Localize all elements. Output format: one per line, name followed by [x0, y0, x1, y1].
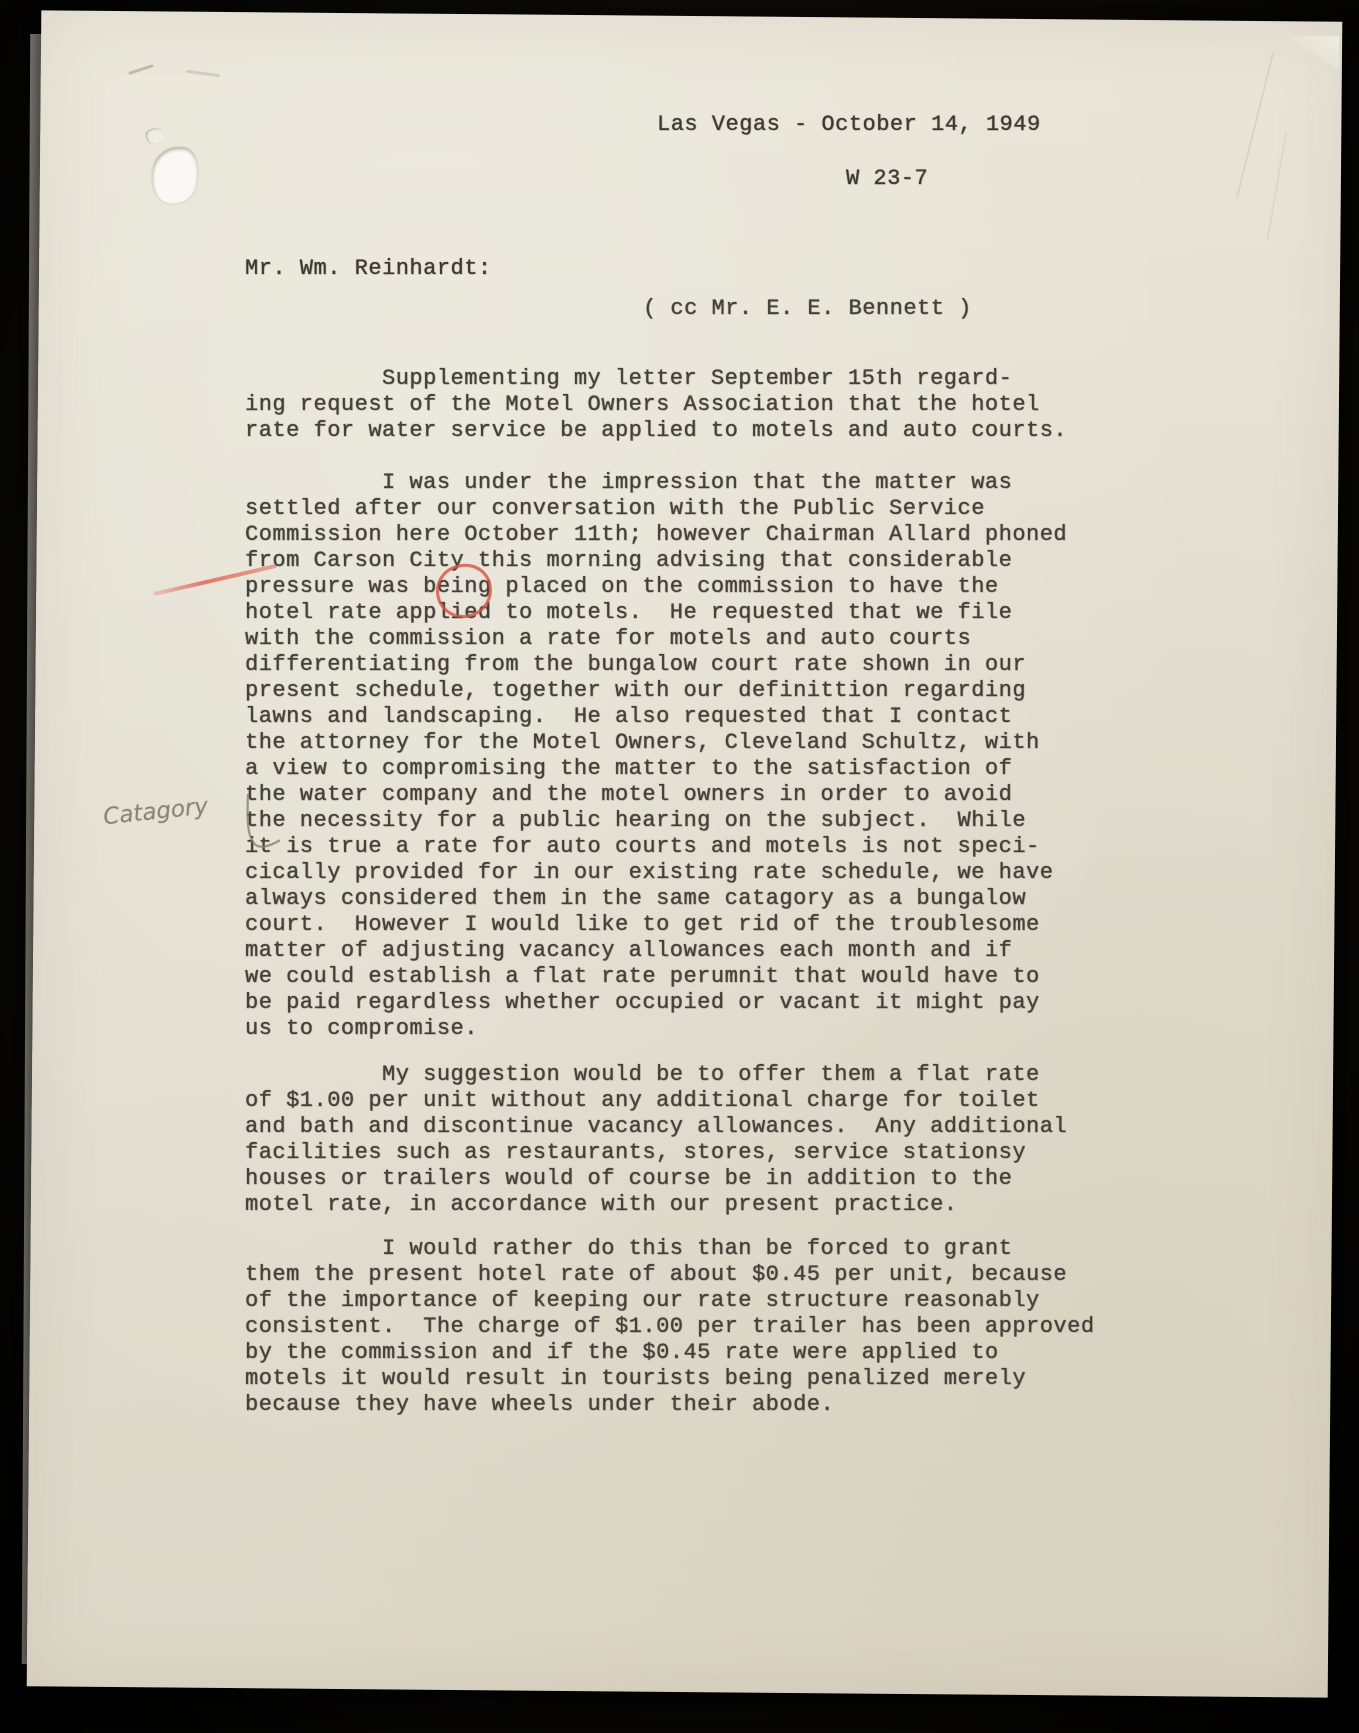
paragraph-1: Supplementing my letter September 15th r… [245, 366, 1067, 444]
scanned-letter-page: { "page": { "background_color": "#0c0b09… [0, 0, 1359, 1733]
margin-note-bracket [234, 790, 284, 857]
paragraph-4: I would rather do this than be forced to… [245, 1236, 1095, 1418]
reference-number: W 23-7 [846, 166, 928, 192]
paragraph-3: My suggestion would be to offer them a f… [245, 1062, 1067, 1218]
paragraph-2: I was under the impression that the matt… [245, 470, 1067, 1042]
dateline: Las Vegas - October 14, 1949 [657, 112, 1041, 138]
addressee-line: Mr. Wm. Reinhardt: [245, 256, 492, 282]
cc-line: ( cc Mr. E. E. Bennett ) [643, 296, 972, 322]
